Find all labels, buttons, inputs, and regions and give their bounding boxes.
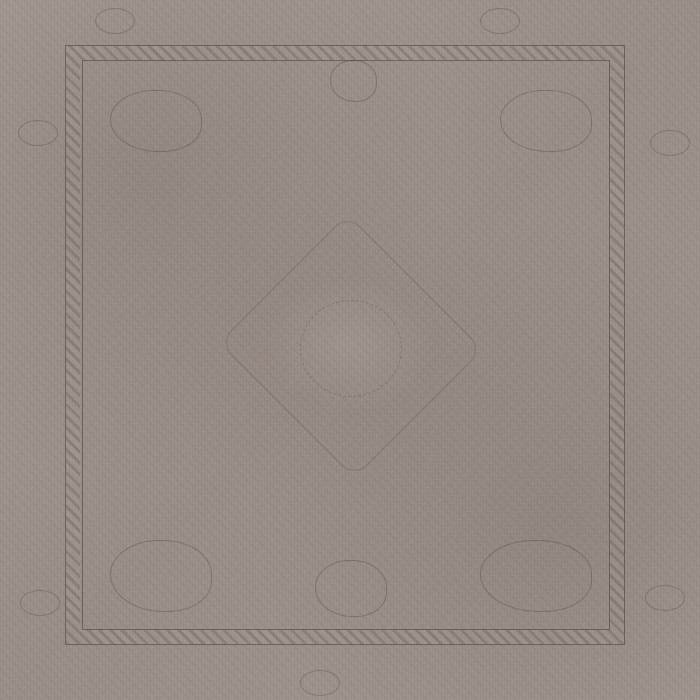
floral-motif [110, 540, 212, 612]
floral-motif [315, 560, 387, 617]
edge-motif [20, 590, 60, 616]
edge-motif [18, 120, 58, 146]
edge-motif [650, 130, 690, 156]
floral-motif [500, 90, 592, 152]
edge-motif [645, 585, 685, 611]
center-medallion-core [300, 300, 402, 397]
floral-motif [110, 90, 202, 152]
rug-photo [0, 0, 700, 700]
floral-motif [330, 60, 377, 102]
floral-motif [480, 540, 592, 612]
edge-motif [300, 670, 340, 696]
edge-motif [480, 8, 520, 34]
edge-motif [95, 8, 135, 34]
